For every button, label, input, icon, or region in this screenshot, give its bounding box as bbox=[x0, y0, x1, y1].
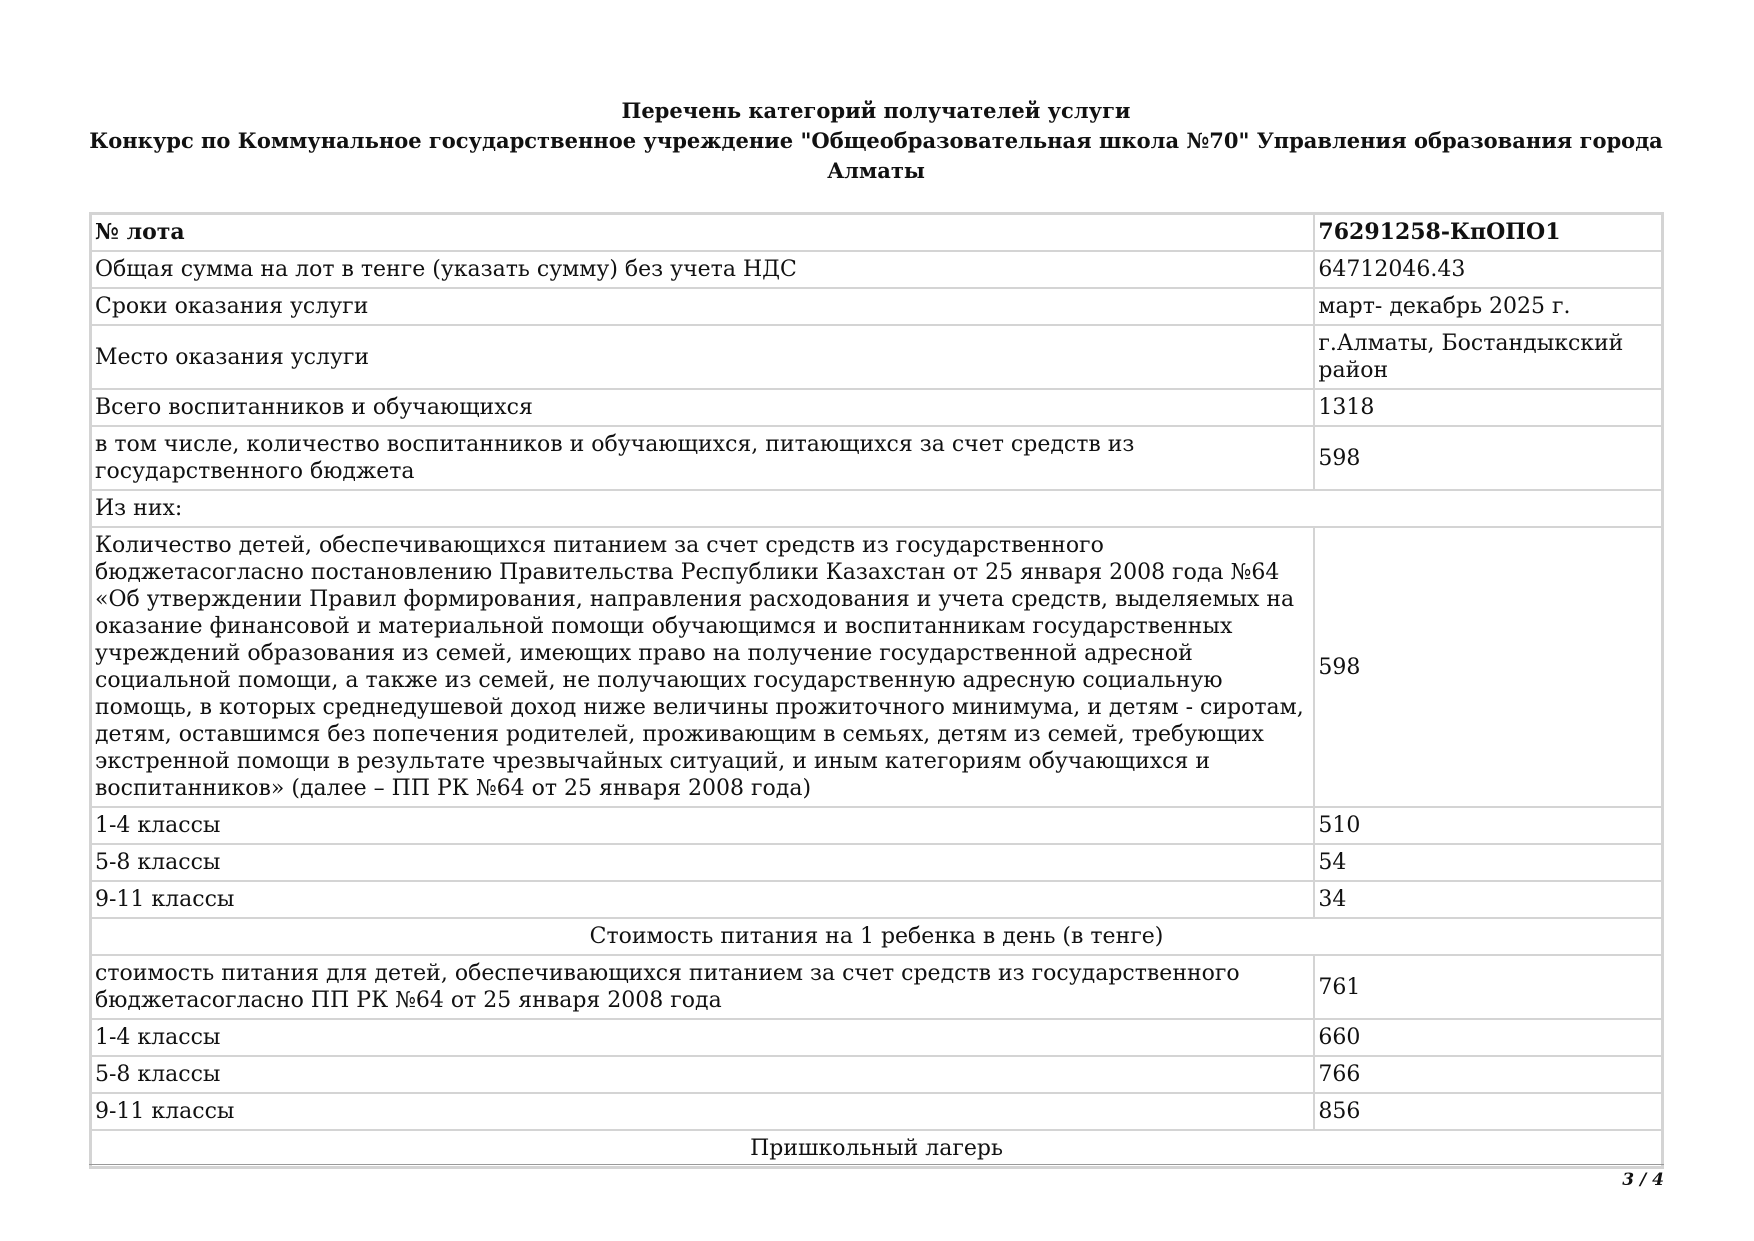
row-label: Количество детей, обеспечивающихся питан… bbox=[91, 527, 1314, 807]
row-value: г.Алматы, Бостандыкский район bbox=[1314, 325, 1662, 389]
document-subtitle: Конкурс по Коммунальное государственное … bbox=[89, 126, 1663, 186]
table-row: 9-11 классы856 bbox=[91, 1093, 1662, 1130]
row-label: 9-11 классы bbox=[91, 881, 1314, 918]
row-label: 5-8 классы bbox=[91, 1056, 1314, 1093]
table-row: Количество детей, обеспечивающихся питан… bbox=[91, 527, 1662, 807]
page-number: 3 / 4 bbox=[1464, 1170, 1664, 1190]
row-value: 76291258-КпОПО1 bbox=[1314, 214, 1662, 251]
row-value: март- декабрь 2025 г. bbox=[1314, 288, 1662, 325]
table-row: 5-8 классы766 bbox=[91, 1056, 1662, 1093]
table-row: стоимость питания для детей, обеспечиваю… bbox=[91, 955, 1662, 1019]
document-header: Перечень категорий получателей услуги Ко… bbox=[89, 96, 1663, 186]
row-value: 598 bbox=[1314, 426, 1662, 490]
table-row: Всего воспитанников и обучающихся1318 bbox=[91, 389, 1662, 426]
row-value: 856 bbox=[1314, 1093, 1662, 1130]
row-value: 598 bbox=[1314, 527, 1662, 807]
table-row: Место оказания услугиг.Алматы, Бостандык… bbox=[91, 325, 1662, 389]
row-value: 766 bbox=[1314, 1056, 1662, 1093]
table-row: Общая сумма на лот в тенге (указать сумм… bbox=[91, 251, 1662, 288]
table-row: 9-11 классы34 bbox=[91, 881, 1662, 918]
row-label: 1-4 классы bbox=[91, 1019, 1314, 1056]
row-value: 660 bbox=[1314, 1019, 1662, 1056]
row-label: 1-4 классы bbox=[91, 807, 1314, 844]
row-label: 5-8 классы bbox=[91, 844, 1314, 881]
section-heading: Стоимость питания на 1 ребенка в день (в… bbox=[91, 918, 1662, 955]
section-label: Из них: bbox=[91, 490, 1662, 527]
row-label: стоимость питания для детей, обеспечиваю… bbox=[91, 955, 1314, 1019]
row-label: 9-11 классы bbox=[91, 1093, 1314, 1130]
document-title: Перечень категорий получателей услуги bbox=[89, 96, 1663, 126]
row-value: 64712046.43 bbox=[1314, 251, 1662, 288]
table-row: 1-4 классы660 bbox=[91, 1019, 1662, 1056]
row-value: 761 bbox=[1314, 955, 1662, 1019]
lot-details-table: № лота76291258-КпОПО1Общая сумма на лот … bbox=[89, 212, 1664, 1169]
table-row: Стоимость питания на 1 ребенка в день (в… bbox=[91, 918, 1662, 955]
row-label: Всего воспитанников и обучающихся bbox=[91, 389, 1314, 426]
row-label: в том числе, количество воспитанников и … bbox=[91, 426, 1314, 490]
row-label: Сроки оказания услуги bbox=[91, 288, 1314, 325]
row-label: Место оказания услуги bbox=[91, 325, 1314, 389]
row-value: 510 bbox=[1314, 807, 1662, 844]
table-row: Сроки оказания услугимарт- декабрь 2025 … bbox=[91, 288, 1662, 325]
table-row: в том числе, количество воспитанников и … bbox=[91, 426, 1662, 490]
footer-divider bbox=[89, 1164, 1664, 1165]
lot-details-body: № лота76291258-КпОПО1Общая сумма на лот … bbox=[91, 214, 1662, 1167]
row-value: 1318 bbox=[1314, 389, 1662, 426]
row-value: 34 bbox=[1314, 881, 1662, 918]
table-row: 5-8 классы54 bbox=[91, 844, 1662, 881]
section-heading: Пришкольный лагерь bbox=[91, 1130, 1662, 1167]
table-row: 1-4 классы510 bbox=[91, 807, 1662, 844]
row-label: № лота bbox=[91, 214, 1314, 251]
row-label: Общая сумма на лот в тенге (указать сумм… bbox=[91, 251, 1314, 288]
row-value: 54 bbox=[1314, 844, 1662, 881]
table-row: № лота76291258-КпОПО1 bbox=[91, 214, 1662, 251]
table-row: Из них: bbox=[91, 490, 1662, 527]
table-row: Пришкольный лагерь bbox=[91, 1130, 1662, 1167]
